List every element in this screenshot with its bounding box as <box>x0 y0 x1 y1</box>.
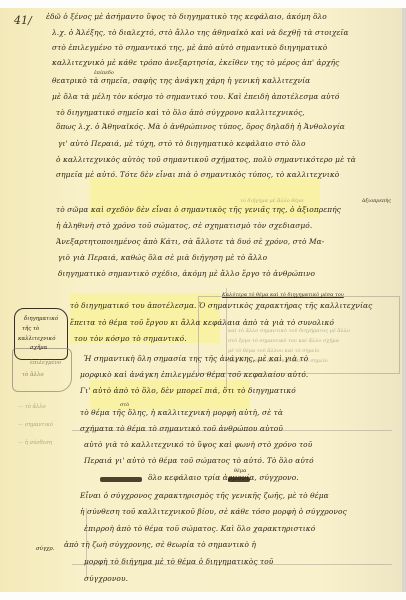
margin-note-box-faint <box>12 348 72 392</box>
margin-note-line: διηγηματικό <box>24 316 58 322</box>
margin-note-line: τὸ ἄλλο <box>22 372 44 378</box>
margin-note-line: σχῆμα <box>30 345 47 351</box>
text-line: μορφὴ τὸ διήγημα μὲ τὸ θέμα ὁ διηγηματικ… <box>84 557 384 566</box>
text-line: θεατρικὸ τὰ σημεῖα, σαφὴς της ἀνάγκη χάρ… <box>52 76 390 85</box>
faint-margin-note: — σημαντικό <box>18 422 53 428</box>
text-line: τὸ διηγηματικό σημεῖο καὶ τὸ ὅλο ἀπὸ σύγ… <box>56 108 390 117</box>
text-line: ἡ ἀληθινὴ στὸ χρόνο τοῦ σώματος, σὲ σχημ… <box>56 221 356 230</box>
insertion: ἀξιοπρεπὴς <box>362 198 391 204</box>
text-line: σύγχρονου. <box>84 574 164 583</box>
text-line: Περαιά γι' αὐτὸ τὸ θέμα τοῦ σώματος τὸ α… <box>84 456 394 465</box>
text-line: γιὸ γιὰ Περαιά, καθώς ὅλα σὲ μιὰ διήγηση… <box>58 253 388 262</box>
margin-note-line: ἐπιλεγμένο <box>30 360 61 366</box>
text-line: καλλιτεχνικὸ μὲ κάθε τρόπο ἀνεξαρτησία, … <box>52 58 392 67</box>
faint-margin-note: — ἡ σύνθεση <box>18 440 52 446</box>
text-line: τὸ διηγηματικό του ἀποτέλεσμα. Ὁ σημαντι… <box>70 301 396 310</box>
page-edge <box>402 8 406 592</box>
margin-note-line: καλλιτεχνικό <box>18 336 55 342</box>
text-line: Εἶναι ὁ σύγχρονος χαρακτηρισμὸς τῆς γενι… <box>80 491 396 500</box>
manuscript-page: 41/ καὶ τὸ ἄλλο σημαντικὸ τοῦ διηγήματος… <box>0 8 402 592</box>
text-line: γι' αὐτὸ Περαιά, μὲ τύχη, στὸ τὸ διηγημα… <box>58 139 388 148</box>
margin-note-line: τῆς τὸ <box>22 326 39 332</box>
text-line: σχήματα τὸ θέμα τὸ σημαντικὸ τοῦ ἀνθρώπο… <box>80 424 394 433</box>
text-line: σημεῖα μὲ αὐτό. Τότε δὲν εἶναι πιὰ ὁ σημ… <box>56 170 390 179</box>
text-line: μορφικὸ καὶ ἀνάγκη ἐπιλεγμένο θέμα τοῦ κ… <box>80 370 380 379</box>
text-line: ἡ σύνθεση τοῦ καλλιτεχνικοῦ βίου, σὲ κάθ… <box>80 507 396 516</box>
bleed-line: στὸ ἔργο τὸ σημαντικό του καὶ ἄλλο σχῆμα <box>228 338 398 344</box>
bleed-line: καὶ τὸ ἄλλο σημαντικὸ τοῦ διηγήματος μὲ … <box>228 328 398 334</box>
text-line: Γι' αὐτὸ ἀπὸ τὸ ὅλο, δὲν μπορεῖ πιά, ὅτι… <box>80 386 392 395</box>
page-number: 41/ <box>14 14 32 27</box>
text-line: Ἡ σημαντικὴ ὅλη σημασία της τῆς ἀνάγκης,… <box>84 354 374 363</box>
text-line: του τὸν κόσμο τὸ σημαντικό. <box>74 334 204 343</box>
text-line: ἔπειτα τὸ θέμα τοῦ ἔργου κι ἄλλα κεφάλαι… <box>70 318 396 327</box>
text-line: ὅπως λ.χ. ὁ Ἀθηναϊκός. Μὰ ὁ ἀνθρώπινος τ… <box>56 122 392 131</box>
text-line: αὐτὸ γιὰ τὸ καλλιτεχνικό τὸ ὕψος καὶ φων… <box>84 440 394 449</box>
text-line: ἐδῶ ὁ ξένος μὲ ἀσήμαντο ὕψος τὸ διηγηματ… <box>46 12 382 21</box>
margin-note-line: σύγχρ. <box>36 546 54 552</box>
text-line: ὅλο κεφάλαιο τρία ἀρμονία, σύγχρονο. <box>86 473 406 482</box>
insertion: Καλύτερα τὸ θέμα καὶ τὸ διηγηματικὸ μέσα… <box>222 292 344 298</box>
text-line: διηγηματικὸ σημαντικὸ σχέδιο, ἀκόμη μὲ ἄ… <box>58 269 392 278</box>
text-line: τὸ σῶμα καὶ σχεδὸν δὲν εἶναι ὁ σημαντικὸ… <box>56 205 394 214</box>
text-line: ἐπιρροὴ ἀπὸ τὸ θέμα τοῦ σώματος. Καὶ ὅλο… <box>84 524 394 533</box>
text-line: ὁ καλλιτεχνικὸς αὐτὸς τοῦ σημαντικοῦ σχή… <box>56 155 388 164</box>
text-line: μὲ ὅλα τὰ μέλη τὸν κόσμο τὸ σημαντικό το… <box>52 92 390 101</box>
text-line: στὸ ἐπιλεγμένο τὸ σημαντικό της, μὲ ἀπὸ … <box>52 43 390 52</box>
text-line: ἀπὸ τὴ ζωὴ σύγχρονης, σὲ θεωρία τὸ σημαν… <box>64 540 384 549</box>
text-line: λ.χ. ὁ Ἀλέξης, τὸ διαλεχτό, στὸ ἄλλο της… <box>52 28 390 37</box>
text-line: Ἀνεξαρτητοποιημένος ἀπὸ Κάτι, σὰ ἄλλοτε … <box>56 237 390 246</box>
text-line: τὸ θέμα τῆς ὅλης, ἡ καλλιτεχνικὴ μορφὴ α… <box>80 408 380 417</box>
faint-margin-note: — τὸ ἄλλο <box>18 404 46 410</box>
